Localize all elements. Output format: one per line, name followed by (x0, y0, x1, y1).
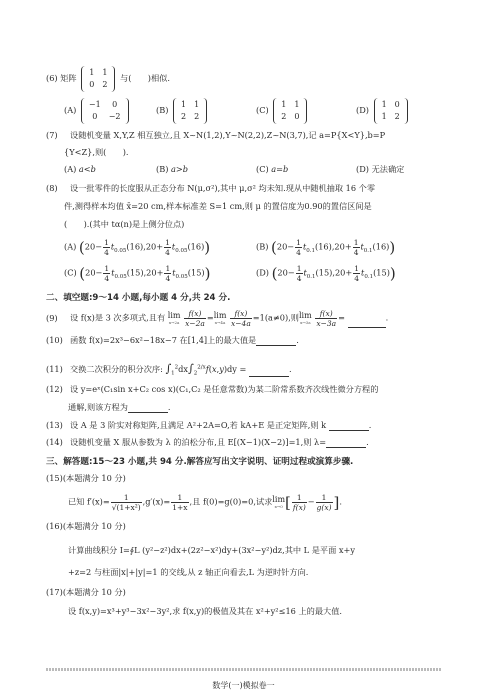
q8-line2: 件,测得样本均值 x̄=20 cm,样本标准差 S=1 cm,则 μ 的置信度为… (64, 201, 372, 212)
question-12: (12)设 y=eˣ(C₁sin x+C₂ cos x)(C₁,C₂ 是任意常数… (46, 384, 378, 395)
matrix: 11 20 (273, 98, 307, 124)
q7-option-d: (D) 无法确定 (356, 164, 404, 175)
q8-option-c: (C) (20−14t0.05(15),20+14t0.05(15)) (64, 264, 210, 283)
answer-blank[interactable] (249, 367, 289, 377)
question-number: (6) (46, 73, 58, 83)
question-9: (9)设 f(x)是 3 次多项式,且有 limx→2a f(x)x−2a=li… (46, 309, 388, 328)
answer-blank[interactable] (326, 438, 366, 448)
answer-blank[interactable] (329, 421, 369, 431)
question-15-header: (15)(本题满分 10 分) (46, 473, 126, 484)
double-integral: ∫12dx∫22/xf(x,y)dy = (165, 364, 249, 374)
q6-option-c: (C) 11 20 (256, 98, 309, 124)
q7-option-a: (A) a<b (64, 164, 96, 174)
matrix: 10 12 (374, 98, 408, 124)
answer-blank[interactable] (128, 403, 168, 413)
points-label: (本题满分 10 分) (63, 521, 126, 531)
q6-option-d: (D) 10 12 (356, 98, 410, 124)
matrix: −10 0−2 (81, 98, 129, 124)
q8-option-b: (B) (20−14t0.1(16),20+14t0.1(16)) (256, 238, 395, 257)
question-6: (6) 矩阵 11 02 与( )相似. (46, 66, 170, 92)
footer-divider (46, 668, 442, 671)
question-16-line2: +z=2 与柱面|x|+|y|=1 的交线,从 z 轴正向看去,L 为逆时针方向… (68, 567, 308, 578)
footer-title: 数学(一)模拟卷一 (0, 680, 487, 691)
q7-line2: {Y<Z},则( ). (64, 147, 129, 158)
question-stem: 矩阵 (60, 73, 76, 83)
question-16-header: (16)(本题满分 10 分) (46, 521, 126, 532)
question-13: (13)设 A 是 3 阶实对称矩阵,且满足 A²+2A=O,若 kA+E 是正… (46, 420, 371, 431)
points-label: (本题满分 10 分) (63, 587, 126, 597)
question-11: (11)交换二次积分的积分次序: ∫12dx∫22/xf(x,y)dy = . (46, 362, 292, 377)
question-14: (14)设随机变量 X 服从参数为 λ 的泊松分布,且 E[(X−1)(X−2)… (46, 437, 369, 448)
question-8: (8)设一批零件的长度服从正态分布 N(μ,σ²),其中 μ,σ² 均未知.现从… (46, 183, 375, 194)
question-17-header: (17)(本题满分 10 分) (46, 587, 126, 598)
q7-option-b: (B) a>b (156, 164, 188, 174)
section-3-heading: 三、解答题:15～23 小题,共 94 分.解答应写出文字说明、证明过程或演算步… (46, 455, 353, 467)
q12-line2: 通解,则该方程为. (68, 402, 171, 413)
section-2-heading: 二、填空题:9～14 小题,每小题 4 分,共 24 分. (46, 291, 230, 303)
question-16-line1: 计算曲线积分 I=∮L (y²−z²)dx+(2z²−x²)dy+(3x²−y²… (68, 545, 355, 556)
q8-line3: ( ).(其中 tα(n)是上侧分位点) (64, 219, 184, 230)
matrix: 11 22 (173, 98, 207, 124)
matrix: 11 02 (81, 66, 115, 92)
points-label: (本题满分 10 分) (63, 473, 126, 483)
question-10: (10)函数 f(x)=2x³−6x²−18x−7 在[1,4]上的最大值是. (46, 335, 299, 346)
q8-option-d: (D) (20−14t0.1(15),20+14t0.1(15)) (256, 264, 396, 283)
answer-blank[interactable] (256, 336, 296, 346)
question-15-body: 已知 f′(x)=1√(1+x²),g′(x)=11+x,且 f(0)=g(0)… (68, 493, 342, 512)
answer-blank[interactable] (348, 318, 386, 328)
q6-option-b: (B) 11 22 (156, 98, 209, 124)
q6-option-a: (A) −10 0−2 (64, 98, 131, 124)
question-17-body: 设 f(x,y)=x³+y³−3x²−3y²,求 f(x,y)的极值及其在 x²… (68, 606, 342, 617)
q8-option-a: (A) (20−14t0.05(16),20+14t0.05(16)) (64, 238, 210, 257)
q7-option-c: (C) a=b (256, 164, 288, 174)
question-7: (7)设随机变量 X,Y,Z 相互独立,且 X~N(1,2),Y~N(2,2),… (46, 130, 385, 141)
